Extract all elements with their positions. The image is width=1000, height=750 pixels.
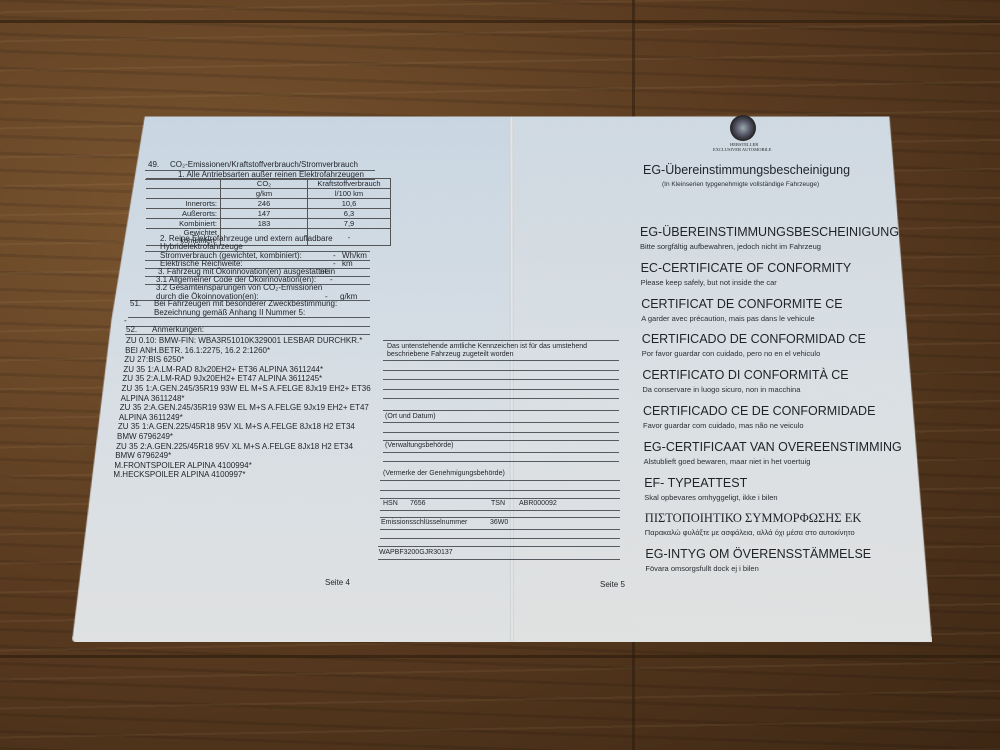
remark-line: M.FRONTSPOILER ALPINA 4100994* [114,461,370,471]
table-unit: l/100 km [308,189,391,199]
certificate-title: EG-INTYG OM ÖVERENSSTÄMMELSE [645,547,871,561]
certificate-title: CERTIFICADO CE DE CONFORMIDADE [643,404,875,418]
emission-key-label: Emissionsschlüsselnummer [381,519,467,526]
section-number: 52. [126,325,137,334]
hsn-label: HSN [383,500,398,507]
vin-value: WAPBF3200GJR30137 [379,549,453,556]
field-label: 3.2 Gesamteinsparungen von CO₂-Emissione… [156,283,322,292]
field-label: Bezeichnung gemäß Anhang II Nummer 5: [154,308,305,317]
certificate-note: Alstublieft goed bewaren, maar niet in h… [644,457,811,466]
remark-line: ALPINA 3611248* [121,394,371,404]
logo-caption: EXCLUSIVER AUTOMOBILE [713,147,772,152]
remark-line: ZU 35 1:A.GEN.225/45R18 95V XL M+S A.FEL… [118,422,371,432]
table-unit: g/km [221,189,308,199]
section-title: CO₂-Emissionen/Kraftstoffverbrauch/Strom… [170,160,358,169]
field-label: Bei Fahrzeugen mit besonderer Zweckbesti… [154,299,337,308]
certificate-note: Da conservare in luogo sicuro, non in ma… [642,385,800,394]
wood-plank-seam [0,20,1000,23]
certificate-title: EC-CERTIFICATE OF CONFORMITY [641,261,852,275]
page-number: Seite 5 [600,580,625,589]
field-unit: km [342,259,353,268]
document-subtitle: (In Kleinserien typgenehmigte vollständi… [662,181,819,188]
remark-line: ZU 35 2:A.LM-RAD 9Jx20EH2+ ET47 ALPINA 3… [122,374,370,384]
tsn-value: ABR000092 [519,500,557,507]
certificate-title: EG-ÜBEREINSTIMMUNGSBESCHEINIGUNG [640,225,899,239]
certificate-note: Favor guardar com cuidado, mas não ne ve… [643,421,804,430]
document-title: EG-Übereinstimmungsbescheinigung [643,163,850,177]
remark-line: ALPINA 3611249* [119,413,371,423]
tsn-label: TSN [491,500,505,507]
certificate-note: Skal opbevares omhyggeligt, ikke i bilen [644,493,777,502]
certificate-note: Bitte sorgfältig aufbewahren, jedoch nic… [640,242,821,251]
table-header: CO₂ [221,179,308,189]
certificate-title: ΠΙΣΤΟΠΟΙΗΤΙΚΟ ΣΥΜΜΟΡΦΩΣΗΣ ΕΚ [645,511,862,526]
field-value: - [330,275,333,284]
remark-line: ZU 35 1:A.GEN.245/35R19 93W EL M+S A.FEL… [122,384,371,394]
certificate-title: EF- TYPEATTEST [644,476,747,490]
wood-plank-seam [0,655,1000,658]
certificate-title: CERTIFICATO DI CONFORMITÀ CE [642,368,848,382]
subsection-label: Hybridelektrofahrzeuge [160,242,243,251]
intro-text: beschriebene Fahrzeug zugeteilt worden [387,351,513,358]
field-label: (Ort und Datum) [385,413,436,420]
remark-line: BMW 6796249* [115,451,370,461]
field-label: (Vermerke der Genehmigungsbehörde) [383,470,505,477]
field-value: - [124,316,127,325]
section-number: 49. [148,160,159,169]
intro-text: Das untenstehende amtliche Kennzeichen i… [387,343,587,350]
certificate-note: Please keep safely, but not inside the c… [641,278,777,287]
remark-line: ZU 0.10: BMW-FIN: WBA3R51010K329001 LESB… [126,336,371,346]
page-number: Seite 4 [325,578,350,587]
table-row: Innerorts:24610,6 [146,199,391,209]
remark-line: M.HECKSPOILER ALPINA 4100997* [113,470,370,480]
remark-line: ZU 35 2:A.GEN.245/35R19 93W EL M+S A.FEL… [120,403,371,413]
section-number: 51. [130,299,141,308]
certificate-title: EG-CERTIFICAAT VAN OVEREENSTIMMING [644,440,902,454]
remarks-list: ZU 0.10: BMW-FIN: WBA3R51010K329001 LESB… [126,336,371,480]
field-label: (Verwaltungsbehörde) [385,442,454,449]
remark-line: ZU 27:BIS 6250* [124,355,370,365]
section-title: Anmerkungen: [152,325,204,334]
certificate-note: Παρακαλώ φυλάξτε με ασφάλεια, αλλά όχι μ… [645,528,855,537]
manufacturer-logo-icon [730,115,756,141]
certificate-note: A garder avec précaution, mais pas dans … [641,314,814,323]
table-header: Kraftstoffverbrauch [308,179,391,189]
certificate-title: CERTIFICAT DE CONFORMITE CE [641,297,842,311]
certificate-note: Por favor guardar con cuidado, pero no e… [642,349,820,358]
remark-line: BEI ANH.BETR. 16.1:2275, 16.2 2:1260* [125,346,371,356]
remark-line: ZU 35 2:A.GEN.225/45R18 95V XL M+S A.FEL… [116,442,371,452]
remark-line: BMW 6796249* [117,432,371,442]
certificate-title: CERTIFICADO DE CONFORMIDAD CE [642,332,866,346]
table-row: Kombiniert:1837,9 [146,219,391,229]
remark-line: ZU 35 1:A.LM-RAD 8Jx20EH2+ ET36 ALPINA 3… [123,365,370,375]
certificate-note: Fövara omsorgsfullt dock ej i bilen [645,564,758,573]
emission-key-value: 36W0 [490,519,508,526]
hsn-value: 7656 [410,500,426,507]
table-row: Außerorts:1476,3 [146,209,391,219]
